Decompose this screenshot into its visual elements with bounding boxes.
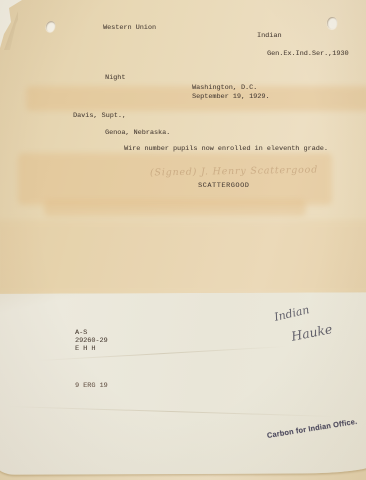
tape-stain-tail bbox=[44, 200, 306, 216]
punch-hole-left bbox=[45, 20, 57, 33]
paper-wrinkle bbox=[7, 406, 337, 417]
date-line: September 19, 1929. bbox=[192, 93, 270, 102]
origin-city: Washington, D.C. bbox=[192, 84, 257, 93]
date-stamp: 9 ERG 19 bbox=[75, 382, 108, 391]
file-series: Gen.Ex.Ind.Ser.,1930 bbox=[267, 50, 349, 59]
office-annotation: Indian bbox=[257, 32, 281, 41]
telegram-scan: Western Union Indian Gen.Ex.Ind.Ser.,193… bbox=[0, 0, 366, 480]
service-class: Night bbox=[105, 74, 125, 83]
tape-stain-large bbox=[18, 153, 332, 205]
white-paper-sheet bbox=[0, 292, 366, 475]
tape-stain-lower bbox=[0, 220, 366, 295]
typist-initials: E H H bbox=[75, 345, 95, 354]
address-line: Genoa, Nebraska. bbox=[105, 129, 170, 138]
signature-name: SCATTERGOOD bbox=[198, 182, 249, 191]
carrier-name: Western Union bbox=[103, 24, 156, 33]
punch-hole-right bbox=[327, 17, 337, 29]
addressee-line: Davis, Supt., bbox=[73, 112, 126, 121]
message-line: Wire number pupils now enrolled in eleve… bbox=[124, 145, 328, 154]
